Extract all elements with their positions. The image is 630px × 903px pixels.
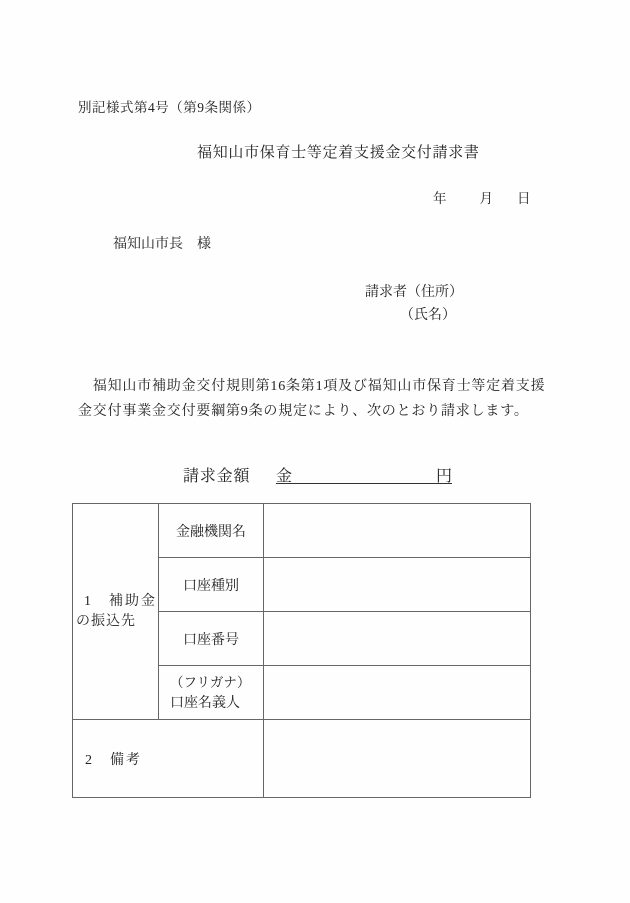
form-number: 別記様式第4号（第9条関係） [78,96,261,116]
section1-heading: 1 補助金 の振込先 [73,504,159,720]
amount-prefix: 金 [276,463,292,483]
bank-name-label: 金融機関名 [159,504,264,558]
account-type-cell [264,558,530,612]
section1-line2: の振込先 [76,612,158,632]
remarks-label: 2 備考 [73,720,264,797]
section1-line1: 1 補助金 [76,592,158,612]
amount-label: 請求金額 [183,463,250,486]
body-line: 金交付事業金交付要綱第9条の規定により、次のとおり請求します。 [78,399,545,424]
account-holder-label: （フリガナ） 口座名義人 [159,666,264,720]
remarks-cell [264,720,530,797]
document-title: 福知山市保育士等定着支援金交付請求書 [197,141,480,162]
furigana-label: （フリガナ） [170,672,263,693]
amount-underline: 金 円 [276,463,452,484]
body-paragraph: 福知山市補助金交付規則第16条第1項及び福知山市保育士等定着支援 金交付事業金交… [78,374,545,424]
account-holder-cell [264,666,530,720]
day-label: 日 [517,187,531,207]
payee-table: 1 補助金 の振込先 金融機関名 口座種別 口座番号 （フリガナ） 口座名義人 … [72,503,531,798]
body-line: 福知山市補助金交付規則第16条第1項及び福知山市保育士等定着支援 [78,374,545,399]
account-type-label: 口座種別 [159,558,264,612]
month-label: 月 [480,187,494,207]
requester-address-label: 請求者（住所） [365,281,463,301]
bank-name-cell [264,504,530,558]
amount-suffix: 円 [436,463,452,483]
account-number-cell [264,612,530,666]
account-number-label: 口座番号 [159,612,264,666]
date-line: 年 月 日 [433,187,531,207]
requester-name-label: （氏名） [400,304,456,324]
holder-label: 口座名義人 [170,693,263,714]
document-page: 別記様式第4号（第9条関係） 福知山市保育士等定着支援金交付請求書 年 月 日 … [0,0,630,903]
year-label: 年 [433,187,447,207]
addressee: 福知山市長 様 [113,233,211,253]
